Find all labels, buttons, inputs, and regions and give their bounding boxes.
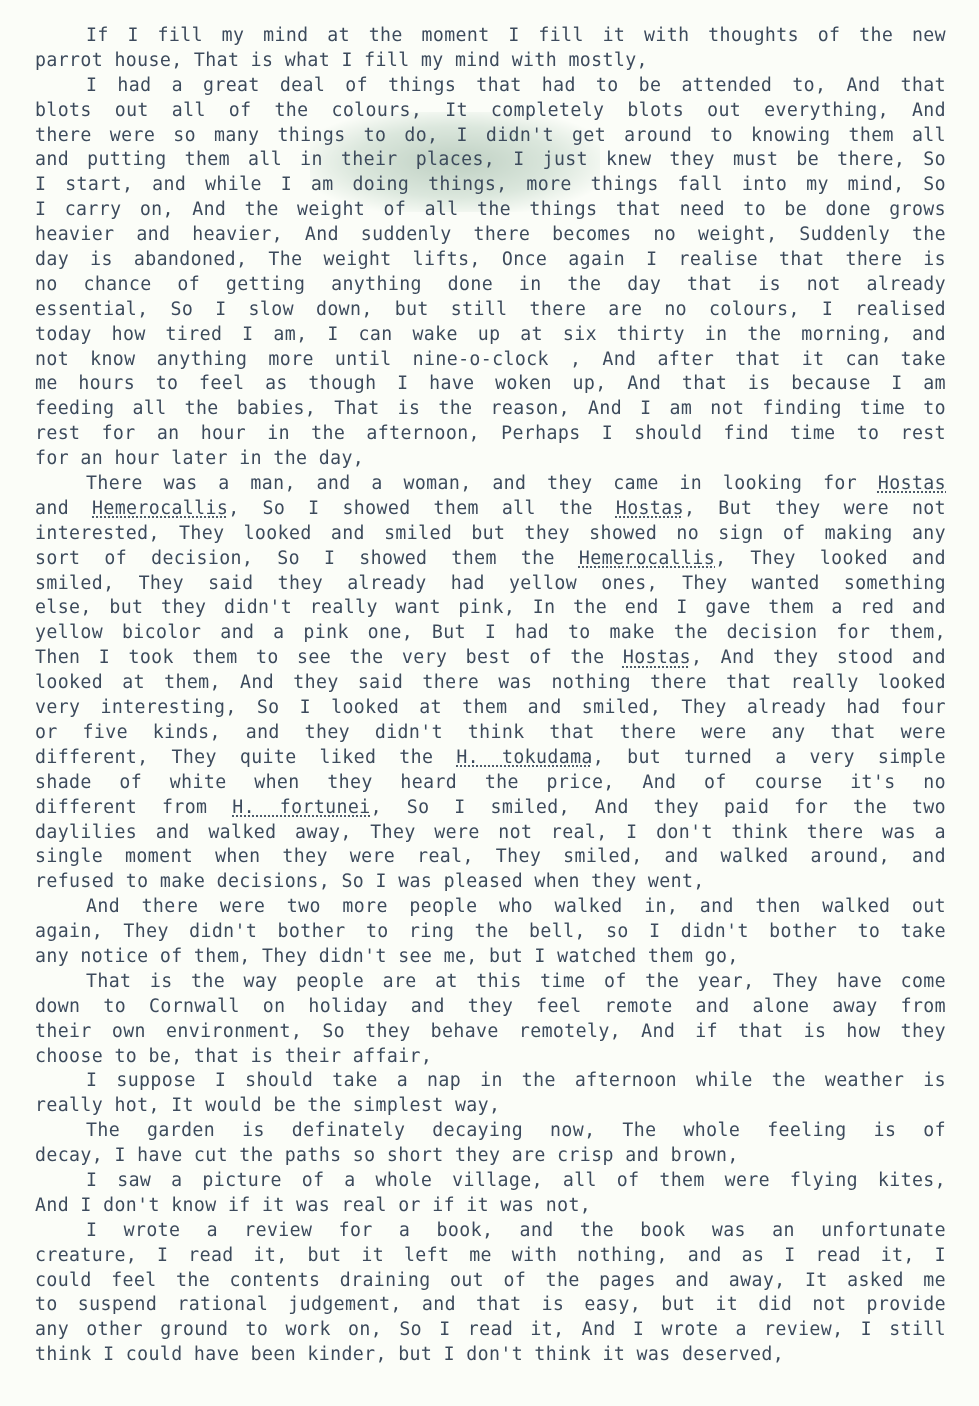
text-line: down to Cornwall on holiday and they fee… — [35, 995, 946, 1020]
text-line: single moment when they were real, They … — [35, 845, 946, 870]
text-line: choose to be, that is their affair, — [35, 1045, 946, 1070]
text-line: creature, I read it, but it left me with… — [35, 1244, 946, 1269]
text-line: any notice of them, They didn't see me, … — [35, 945, 946, 970]
text-line: think I could have been kinder, but I do… — [35, 1343, 946, 1368]
text-line: to suspend rational judgement, and that … — [35, 1293, 946, 1318]
text-line: essential, So I slow down, but still the… — [35, 298, 946, 323]
underlined-plant-name: Hemerocallis — [579, 548, 715, 569]
text-line: decay, I have cut the paths so short the… — [35, 1144, 946, 1169]
text-line: really hot, It would be the simplest way… — [35, 1094, 946, 1119]
text-line: their own environment, So they behave re… — [35, 1020, 946, 1045]
text-line: parrot house, That is what I fill my min… — [35, 49, 946, 74]
typed-document-page: If I fill my mind at the moment I fill i… — [35, 24, 946, 1368]
underlined-plant-name: H. fortunei — [232, 797, 370, 818]
underlined-plant-name: Hostas — [616, 498, 684, 519]
text-line: And there were two more people who walke… — [35, 895, 946, 920]
text-line: no chance of getting anything done in th… — [35, 273, 946, 298]
text-line: not know anything more until nine-o-cloc… — [35, 348, 946, 373]
text-line: there were so many things to do, I didn'… — [35, 124, 946, 149]
text-line: me hours to feel as though I have woken … — [35, 372, 946, 397]
text-line: The garden is definately decaying now, T… — [35, 1119, 946, 1144]
text-line: any other ground to work on, So I read i… — [35, 1318, 946, 1343]
text-line: or five kinds, and they didn't think tha… — [35, 721, 946, 746]
text-line: Then I took them to see the very best of… — [35, 646, 946, 671]
text-line: yellow bicolor and a pink one, But I had… — [35, 621, 946, 646]
text-line: I wrote a review for a book, and the boo… — [35, 1219, 946, 1244]
text-line: sort of decision, So I showed them the H… — [35, 547, 946, 572]
text-line: and putting them all in their places, I … — [35, 148, 946, 173]
text-line: refused to make decisions, So I was plea… — [35, 870, 946, 895]
text-line: interested, They looked and smiled but t… — [35, 522, 946, 547]
text-line: heavier and heavier, And suddenly there … — [35, 223, 946, 248]
text-line: daylilies and walked away, They were not… — [35, 821, 946, 846]
underlined-plant-name: Hemerocallis — [92, 498, 228, 519]
text-line: shade of white when they heard the price… — [35, 771, 946, 796]
text-line: smiled, They said they already had yello… — [35, 572, 946, 597]
text-line: feeding all the babies, That is the reas… — [35, 397, 946, 422]
text-line: and Hemerocallis, So I showed them all t… — [35, 497, 946, 522]
text-line: I suppose I should take a nap in the aft… — [35, 1069, 946, 1094]
text-line: If I fill my mind at the moment I fill i… — [35, 24, 946, 49]
text-line: And I don't know if it was real or if it… — [35, 1194, 946, 1219]
text-line: I saw a picture of a whole village, all … — [35, 1169, 946, 1194]
text-line: I start, and while I am doing things, mo… — [35, 173, 946, 198]
text-line: could feel the contents draining out of … — [35, 1269, 946, 1294]
underlined-plant-name: Hostas — [623, 647, 691, 668]
text-line: I carry on, And the weight of all the th… — [35, 198, 946, 223]
text-line: different, They quite liked the H. tokud… — [35, 746, 946, 771]
text-line: again, They didn't bother to ring the be… — [35, 920, 946, 945]
text-line: for an hour later in the day, — [35, 447, 946, 472]
text-line: very interesting, So I looked at them an… — [35, 696, 946, 721]
text-line: blots out all of the colours, It complet… — [35, 99, 946, 124]
text-line: today how tired I am, I can wake up at s… — [35, 323, 946, 348]
text-line: day is abandoned, The weight lifts, Once… — [35, 248, 946, 273]
underlined-plant-name: Hostas — [878, 473, 946, 494]
text-line: I had a great deal of things that had to… — [35, 74, 946, 99]
text-line: different from H. fortunei, So I smiled,… — [35, 796, 946, 821]
text-line: There was a man, and a woman, and they c… — [35, 472, 946, 497]
text-line: That is the way people are at this time … — [35, 970, 946, 995]
text-line: else, but they didn't really want pink, … — [35, 596, 946, 621]
text-line: looked at them, And they said there was … — [35, 671, 946, 696]
text-line: rest for an hour in the afternoon, Perha… — [35, 422, 946, 447]
underlined-plant-name: H. tokudama — [456, 747, 592, 768]
